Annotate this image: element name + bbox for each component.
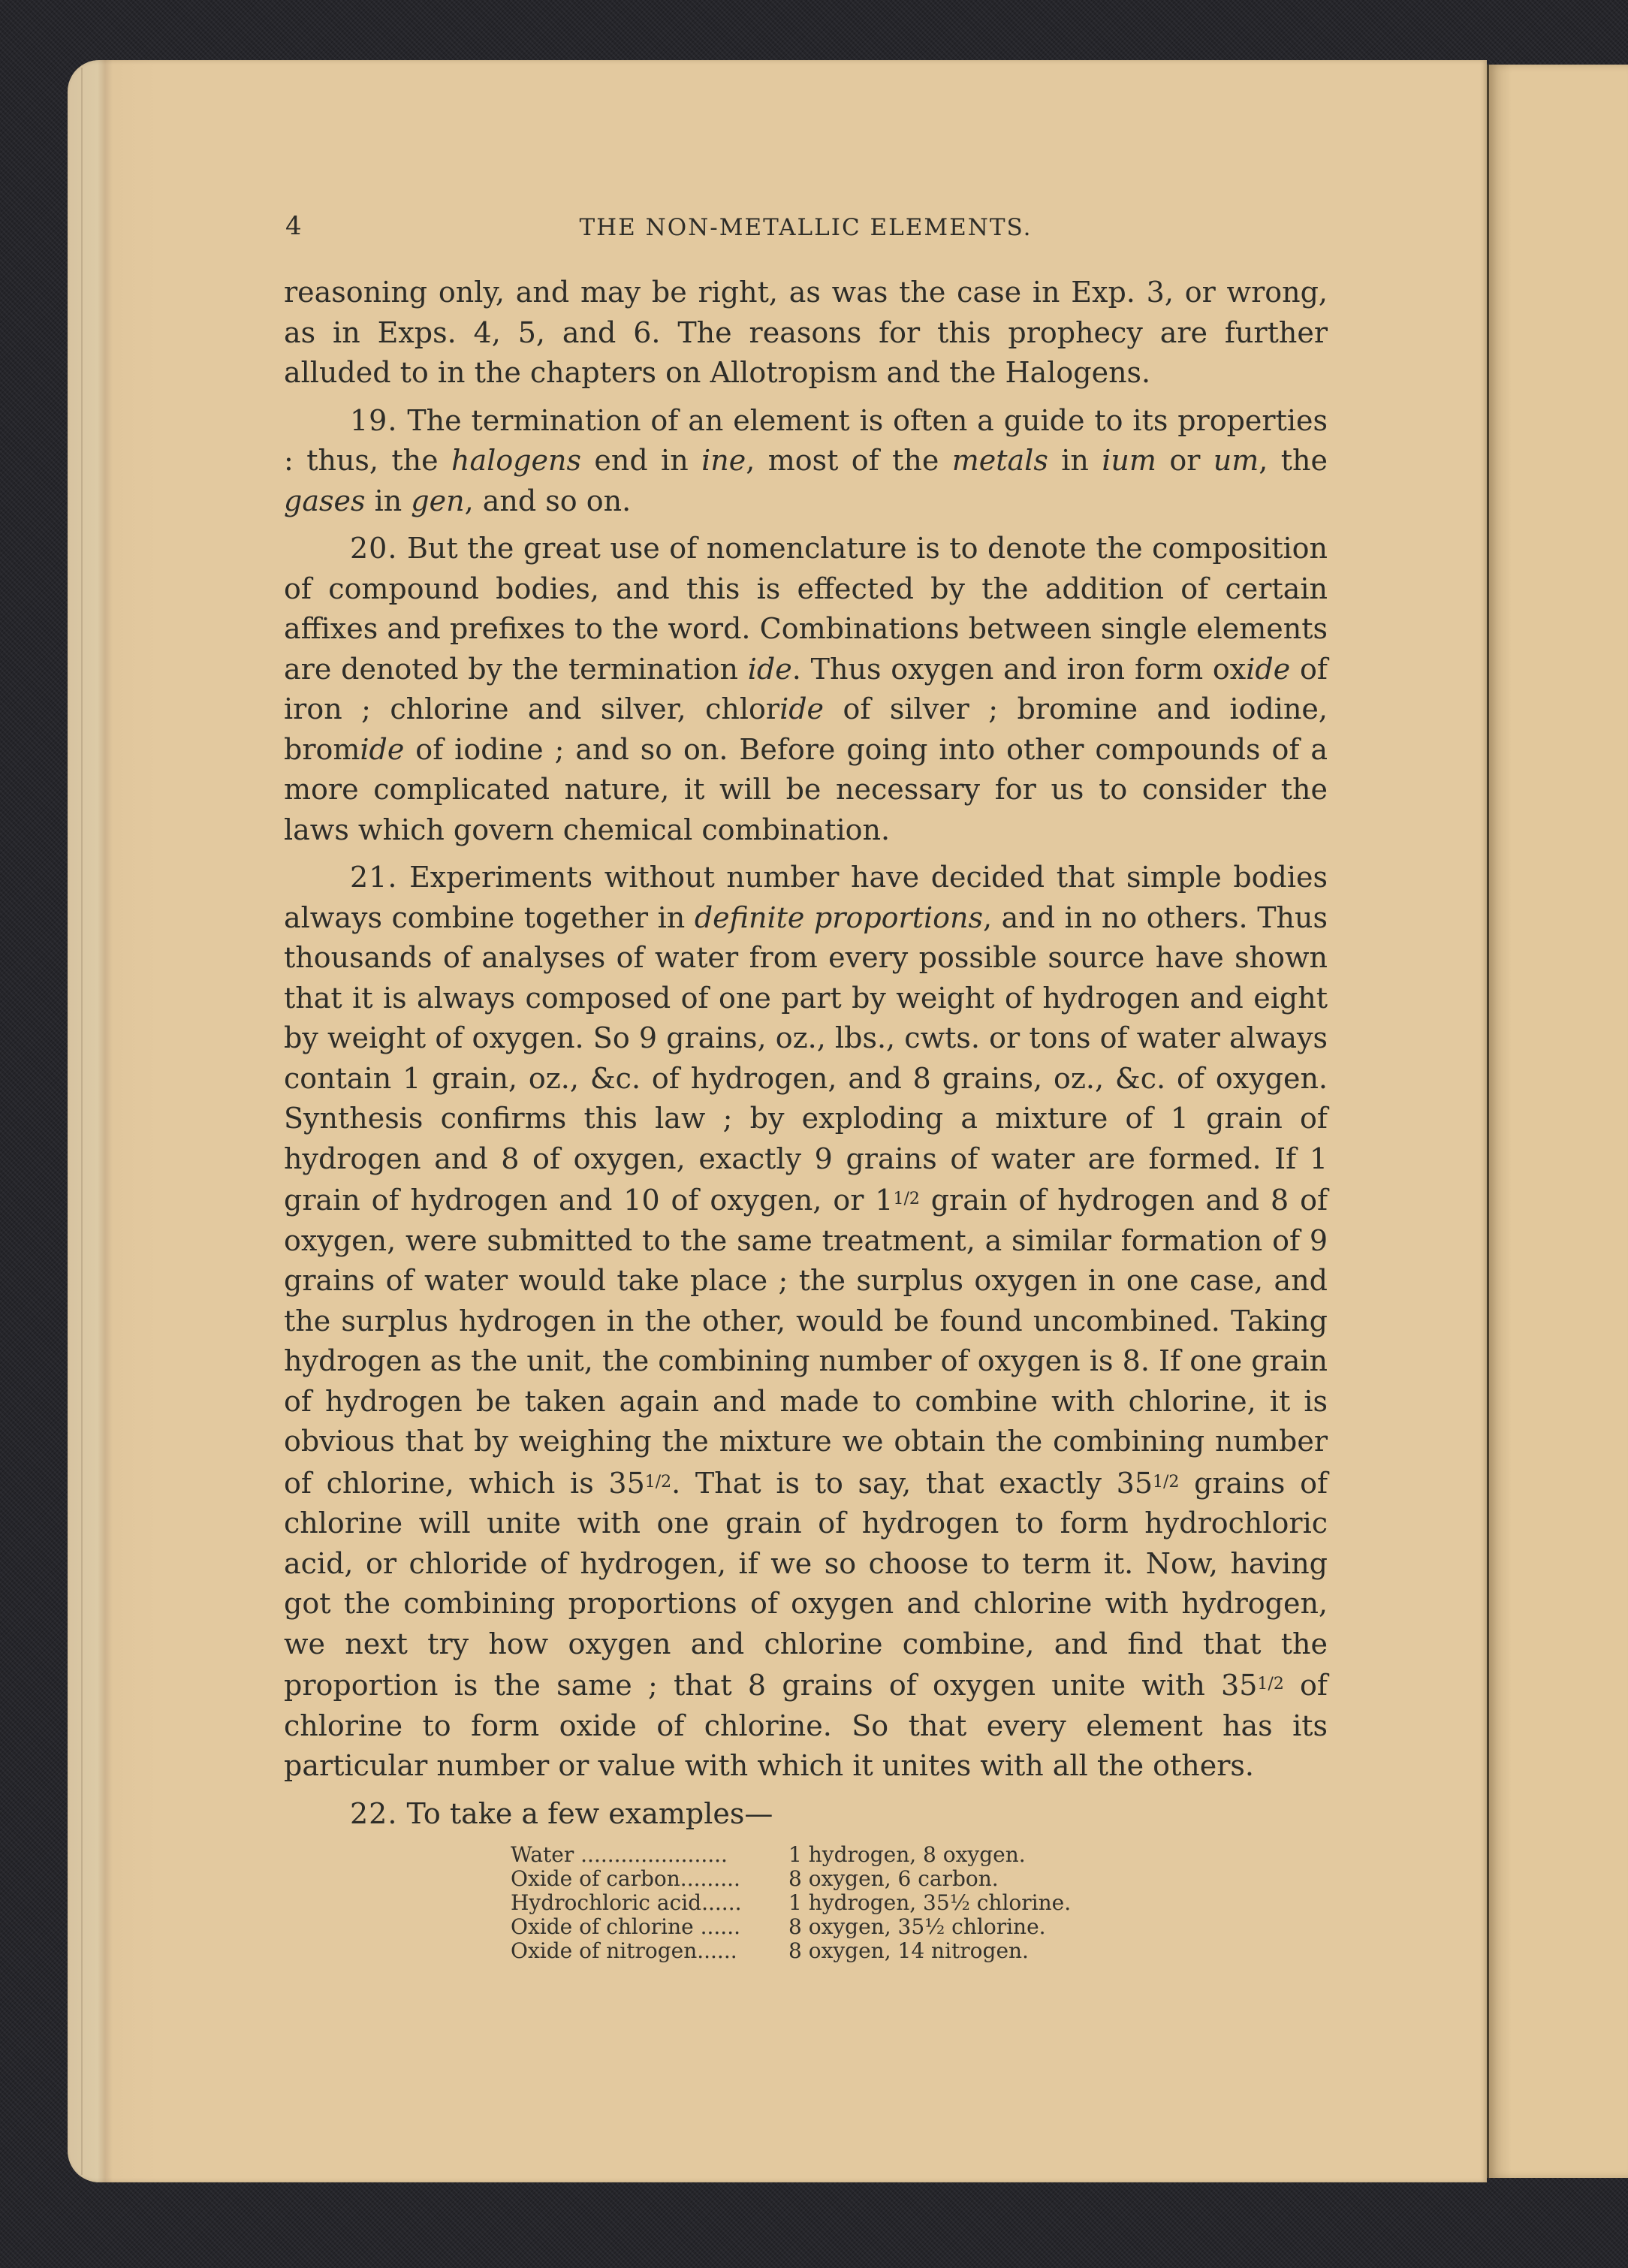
example-row: Hydrochloric acid...... 1 hydrogen, 35½ … (511, 1891, 1328, 1915)
compound-name: Water ...................... (511, 1843, 788, 1867)
italic-term: ide (779, 692, 824, 725)
paragraph-22: 22. To take a few examples— (284, 1794, 1328, 1835)
paragraph-21: 21. Experiments without number have deci… (284, 858, 1328, 1787)
page-text: 4 THE NON-METALLIC ELEMENTS. reasoning o… (284, 207, 1328, 1963)
italic-term: gen (411, 484, 464, 517)
text-run: in (1048, 444, 1102, 477)
compound-name: Oxide of carbon......... (511, 1867, 788, 1891)
fraction-half: 1/2 (1257, 1675, 1283, 1693)
text-run: . Thus oxygen and iron form ox (792, 653, 1247, 686)
text-run: , most of the (746, 444, 952, 477)
combining-proportion: 8 oxygen, 35½ chlorine. (788, 1915, 1046, 1939)
example-row: Oxide of chlorine ...... 8 oxygen, 35½ c… (511, 1915, 1328, 1939)
compound-name: Oxide of chlorine ...... (511, 1915, 788, 1939)
italic-term: metals (952, 444, 1048, 477)
fraction-half: 1/2 (893, 1190, 919, 1208)
paragraph-number: 19. (350, 404, 397, 437)
italic-term: ium (1102, 444, 1156, 477)
italic-term: definite proportions (695, 901, 983, 934)
combining-proportion: 1 hydrogen, 8 oxygen. (788, 1843, 1026, 1867)
text-run: , the (1259, 444, 1328, 477)
running-head-title: THE NON-METALLIC ELEMENTS. (284, 208, 1328, 249)
paragraph-number: 21. (350, 861, 397, 894)
paragraph-20: 20. But the great use of nomenclature is… (284, 529, 1328, 850)
text-run: , and in no others. Thus thousands of an… (284, 901, 1328, 1217)
text-run: in (365, 484, 411, 517)
text-run: , and so on. (465, 484, 632, 517)
text-run: of iodine ; and so on. Before going into… (284, 733, 1328, 846)
combining-proportion: 8 oxygen, 6 carbon. (788, 1867, 999, 1891)
examples-table: Water ...................... 1 hydrogen,… (511, 1843, 1328, 1963)
paragraph-19: 19. The termination of an element is oft… (284, 401, 1328, 522)
text-run: or (1156, 444, 1213, 477)
paragraph-continued: reasoning only, and may be right, as was… (284, 273, 1328, 394)
paragraph-number: 22. (350, 1797, 397, 1830)
text-run: To take a few examples— (397, 1797, 773, 1830)
combining-proportion: 8 oxygen, 14 nitrogen. (788, 1939, 1029, 1963)
example-row: Water ...................... 1 hydrogen,… (511, 1843, 1328, 1867)
text-run: . That is to say, that exactly 35 (671, 1467, 1153, 1500)
paragraph-text: reasoning only, and may be right, as was… (284, 276, 1328, 389)
example-row: Oxide of nitrogen...... 8 oxygen, 14 nit… (511, 1939, 1328, 1963)
fraction-half: 1/2 (1153, 1473, 1179, 1491)
compound-name: Hydrochloric acid...... (511, 1891, 788, 1915)
text-run: grain of hydrogen and 8 of oxygen, were … (284, 1184, 1328, 1500)
right-page-edge (1487, 65, 1628, 2178)
italic-term: ide (360, 733, 404, 766)
paragraph-number: 20. (350, 532, 397, 565)
italic-term: gases (284, 484, 365, 517)
text-run: end in (581, 444, 701, 477)
combining-proportion: 1 hydrogen, 35½ chlorine. (788, 1891, 1071, 1915)
fraction-half: 1/2 (645, 1473, 671, 1491)
italic-term: ide (1246, 653, 1290, 686)
italic-term: ide (748, 653, 792, 686)
italic-term: um (1213, 444, 1259, 477)
italic-term: halogens (451, 444, 581, 477)
compound-name: Oxide of nitrogen...... (511, 1939, 788, 1963)
italic-term: ine (701, 444, 746, 477)
running-head: 4 THE NON-METALLIC ELEMENTS. (284, 207, 1328, 252)
example-row: Oxide of carbon......... 8 oxygen, 6 car… (511, 1867, 1328, 1891)
text-run: grains of chlorine will unite with one g… (284, 1467, 1328, 1703)
